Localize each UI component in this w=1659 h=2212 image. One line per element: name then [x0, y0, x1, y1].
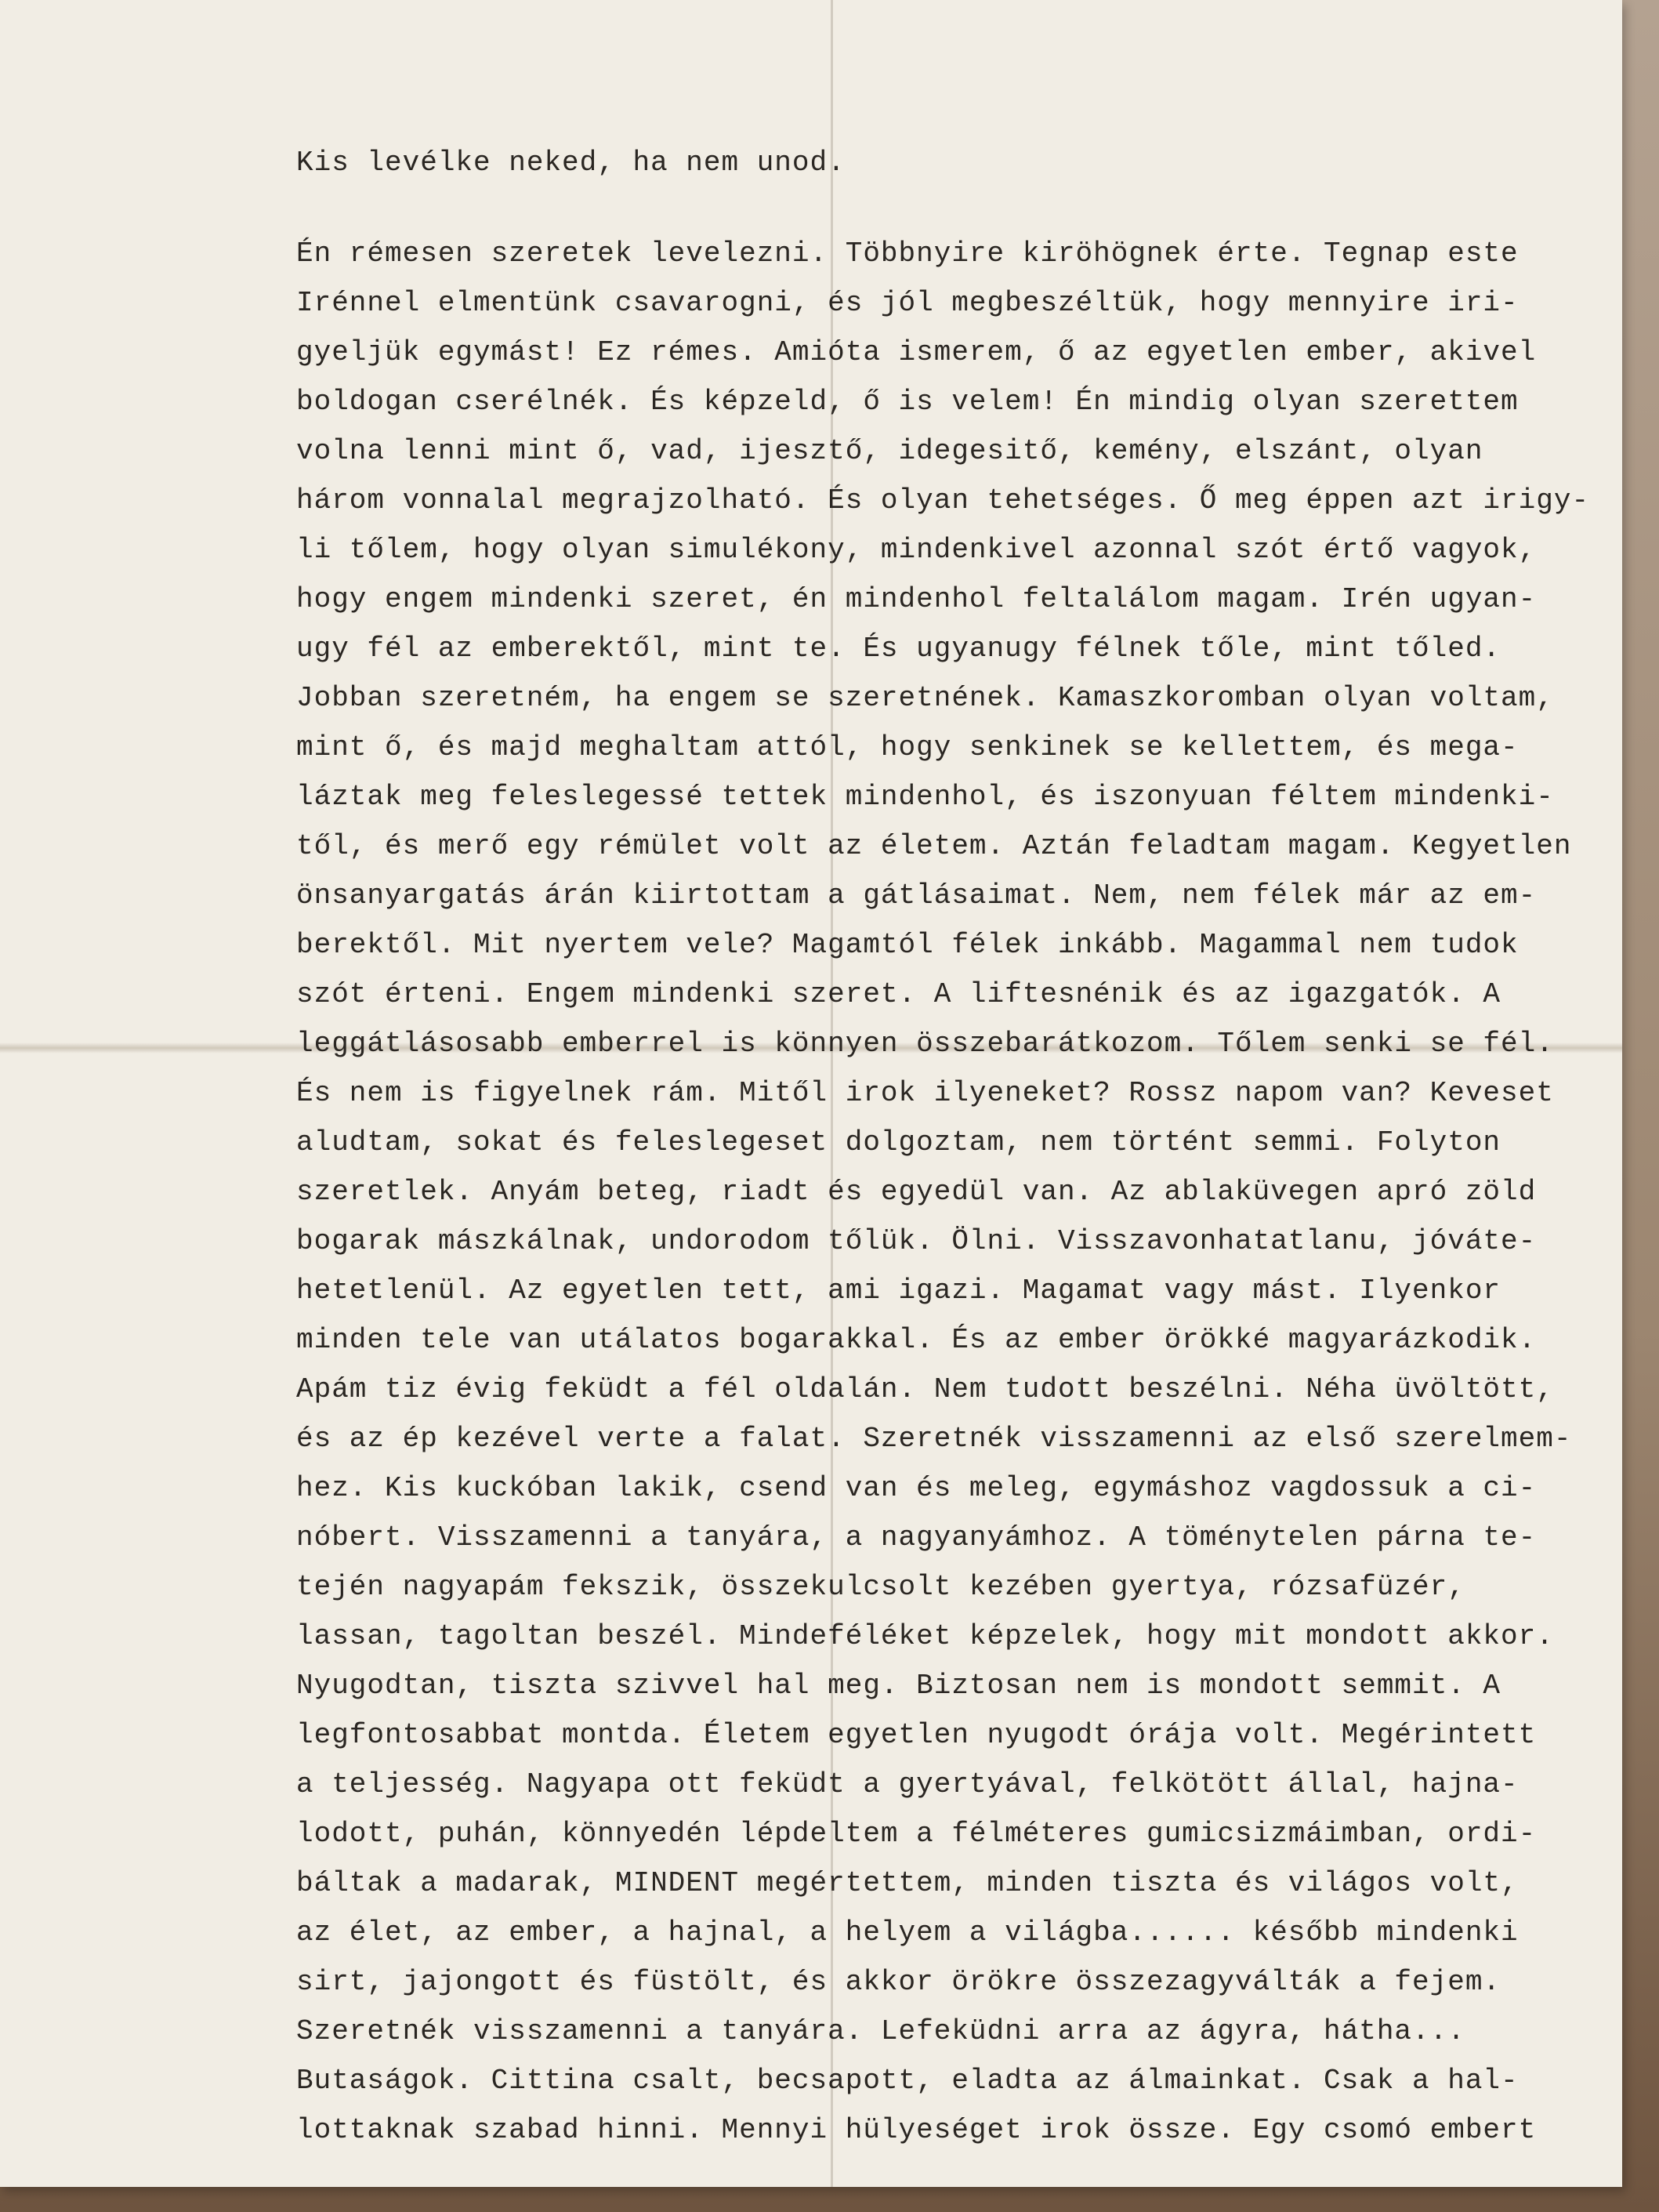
typewritten-letter-page: Kis levélke neked, ha nem unod. Én rémes…: [0, 0, 1622, 2187]
letter-line: báltak a madarak, MINDENT megértettem, m…: [296, 1858, 1566, 1908]
letter-line: az élet, az ember, a hajnal, a helyem a …: [296, 1908, 1566, 1957]
letter-salutation: Kis levélke neked, ha nem unod.: [296, 149, 1566, 177]
letter-body: Kis levélke neked, ha nem unod. Én rémes…: [296, 149, 1566, 2155]
letter-line: nóbert. Visszamenni a tanyára, a nagyany…: [296, 1513, 1566, 1562]
letter-line: li tőlem, hogy olyan simulékony, mindenk…: [296, 525, 1566, 575]
letter-line: hogy engem mindenki szeret, én mindenhol…: [296, 575, 1566, 624]
letter-line: minden tele van utálatos bogarakkal. És …: [296, 1315, 1566, 1365]
letter-line: És nem is figyelnek rám. Mitől irok ilye…: [296, 1068, 1566, 1118]
letter-line: legfontosabbat montda. Életem egyetlen n…: [296, 1710, 1566, 1760]
letter-line: Szeretnék visszamenni a tanyára. Lefeküd…: [296, 2007, 1566, 2056]
letter-line: önsanyargatás árán kiirtottam a gátlásai…: [296, 871, 1566, 920]
letter-lines: Én rémesen szeretek levelezni. Többnyire…: [296, 229, 1566, 2155]
letter-line: Butaságok. Cittina csalt, becsapott, ela…: [296, 2056, 1566, 2105]
letter-line: gyeljük egymást! Ez rémes. Amióta ismere…: [296, 328, 1566, 377]
letter-line: aludtam, sokat és feleslegeset dolgoztam…: [296, 1118, 1566, 1167]
letter-line: boldogan cserélnék. És képzeld, ő is vel…: [296, 377, 1566, 426]
letter-line: ugy fél az emberektől, mint te. És ugyan…: [296, 624, 1566, 673]
letter-line: szeretlek. Anyám beteg, riadt és egyedül…: [296, 1167, 1566, 1217]
letter-line: lottaknak szabad hinni. Mennyi hülyesége…: [296, 2105, 1566, 2155]
letter-line: hez. Kis kuckóban lakik, csend van és me…: [296, 1463, 1566, 1513]
letter-line: bogarak mászkálnak, undorodom tőlük. Öln…: [296, 1217, 1566, 1266]
letter-line: sirt, jajongott és füstölt, és akkor örö…: [296, 1957, 1566, 2007]
letter-line: lodott, puhán, könnyedén lépdeltem a fél…: [296, 1809, 1566, 1858]
letter-line: Jobban szeretném, ha engem se szeretnéne…: [296, 673, 1566, 723]
letter-line: Nyugodtan, tiszta szivvel hal meg. Bizto…: [296, 1661, 1566, 1710]
letter-line: Irénnel elmentünk csavarogni, és jól meg…: [296, 278, 1566, 328]
letter-line: és az ép kezével verte a falat. Szeretné…: [296, 1414, 1566, 1463]
letter-line: Apám tiz évig feküdt a fél oldalán. Nem …: [296, 1365, 1566, 1414]
letter-line: három vonnalal megrajzolható. És olyan t…: [296, 476, 1566, 525]
letter-line: berektől. Mit nyertem vele? Magamtól fél…: [296, 920, 1566, 970]
letter-line: mint ő, és majd meghaltam attól, hogy se…: [296, 723, 1566, 772]
letter-line: a teljesség. Nagyapa ott feküdt a gyerty…: [296, 1760, 1566, 1809]
letter-line: láztak meg feleslegessé tettek mindenhol…: [296, 772, 1566, 821]
letter-line: től, és merő egy rémület volt az életem.…: [296, 821, 1566, 871]
letter-line: lassan, tagoltan beszél. Mindeféléket ké…: [296, 1612, 1566, 1661]
letter-line: hetetlenül. Az egyetlen tett, ami igazi.…: [296, 1266, 1566, 1315]
letter-line: leggátlásosabb emberrel is könnyen össze…: [296, 1019, 1566, 1068]
letter-line: szót érteni. Engem mindenki szeret. A li…: [296, 970, 1566, 1019]
letter-line: Én rémesen szeretek levelezni. Többnyire…: [296, 229, 1566, 278]
letter-line: volna lenni mint ő, vad, ijesztő, ideges…: [296, 426, 1566, 476]
letter-line: tején nagyapám fekszik, összekulcsolt ke…: [296, 1562, 1566, 1612]
